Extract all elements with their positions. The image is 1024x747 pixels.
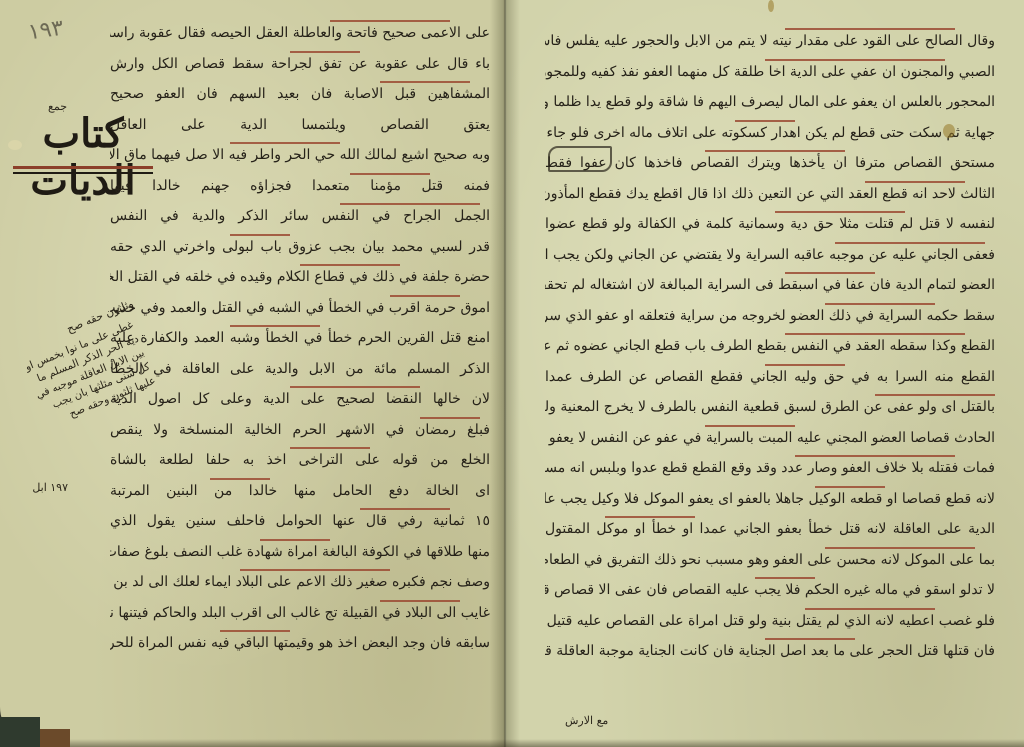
- manuscript-line: غايب الى البلاد في القبيلة تج غالب الى ا…: [110, 598, 490, 629]
- manuscript-line: لان خالها النقضا لصحيح على الدية وعلى كل…: [110, 384, 490, 415]
- manuscript-line: الخلع من قوله على التراخى اخذ به حلفا لط…: [110, 445, 490, 476]
- red-overline: [360, 508, 450, 510]
- line-text: مستحق القصاص مترفا ان يأخذها ويترك القصا…: [545, 155, 995, 171]
- line-text: بما على الموكل لانه محسن على العفو وهو م…: [545, 552, 995, 568]
- manuscript-line: اى الخالة دفع الحامل منها خالدا من البني…: [110, 476, 490, 507]
- red-overline: [290, 447, 370, 449]
- manuscript-line: فمنه قتل مؤمنا متعمدا فجزاؤه جهنم خالدا …: [110, 171, 490, 202]
- manuscript-line: فلو غصب اعطيه لانه الذي لم يقتل بنية ولو…: [545, 606, 995, 637]
- red-overline: [825, 547, 975, 549]
- red-overline: [390, 295, 460, 297]
- manuscript-line: سقط حكمه السراية في ذلك العضو لخروجه من …: [545, 301, 995, 332]
- left-text-block: على الاعمى صحيح فاتحة والعاطلة العقل الح…: [110, 18, 490, 659]
- red-overline: [765, 364, 845, 366]
- manuscript-line: مستحق القصاص مترفا ان يأخذها ويترك القصا…: [545, 148, 995, 179]
- line-text: لا تدلو اسقو في ماله غيره الحكم فلا يجب …: [545, 582, 995, 598]
- manuscript-line: القطع وكذا سقطه العقد في النفس بقطع الطر…: [545, 331, 995, 362]
- line-text: ١٥ ثمانية رفي قال عنها الحوامل فاحلف سني…: [110, 513, 490, 529]
- red-overline: [210, 478, 270, 480]
- line-text: اى الخالة دفع الحامل منها خالدا من البني…: [110, 483, 490, 499]
- manuscript-line: العضو لتمام الدية فان عفا في اسبقط فى ال…: [545, 270, 995, 301]
- manuscript-line: المحجور بالعلس ان يعفو على المال ليصرف ا…: [545, 87, 995, 118]
- line-text: باء قال على عقوبة عن تفق لجراحة سقط قصاص…: [110, 56, 490, 72]
- manuscript-line: لنفسه لا قتل لم قتلت مثلا حق دية وسمانية…: [545, 209, 995, 240]
- red-overline: [300, 264, 400, 266]
- line-text: امنع قتل القرين الحرم خطأ في الخطأ وشبه …: [110, 330, 490, 346]
- right-page: وقال الصالح على القود على مقدار نيته لا …: [505, 0, 1024, 747]
- manuscript-line: الدية على العاقلة لانه قتل خطأ بعفو الجا…: [545, 514, 995, 545]
- manuscript-line: فان قتلها قتل الحجر على ما بعد اصل الجنا…: [545, 636, 995, 667]
- line-text: منها طلاقها في الكوفة البالغة امراة شهاد…: [110, 544, 490, 560]
- line-text: لنفسه لا قتل لم قتلت مثلا حق دية وسمانية…: [545, 216, 995, 232]
- manuscript-line: باء قال على عقوبة عن تفق لجراحة سقط قصاص…: [110, 49, 490, 80]
- red-overline: [290, 51, 360, 53]
- manuscript-line: بالقتل اى ولو عفى عن الطرق لسبق قطعية ال…: [545, 392, 995, 423]
- red-overline: [340, 203, 480, 205]
- manuscript-line: يعتق القصاص ويلتمسا الدية على العاقل: [110, 110, 490, 141]
- line-text: بالقتل اى ولو عفى عن الطرق لسبق قطعية ال…: [545, 399, 995, 415]
- line-text: فمات فقتله بلا خلاف العفو وصار عدد وقد و…: [545, 460, 995, 476]
- red-overline: [785, 272, 875, 274]
- line-text: القطع منه السرا به في حق وليه الجاني فقط…: [545, 369, 995, 385]
- line-text: الصبي والمجنون ان عفي على الدية اخا طلقة…: [545, 64, 995, 80]
- manuscript-line: الجمل الجراح في النفس سائر الذكر والدية …: [110, 201, 490, 232]
- manuscript-line: امنع قتل القرين الحرم خطأ في الخطأ وشبه …: [110, 323, 490, 354]
- manuscript-line: وصف نجم فكبره صغير ذلك الاعم على البلاد …: [110, 567, 490, 598]
- red-overline: [795, 455, 955, 457]
- red-overline: [230, 234, 290, 236]
- red-overline: [865, 181, 965, 183]
- red-overline: [735, 120, 795, 122]
- line-text: وصف نجم فكبره صغير ذلك الاعم على البلاد …: [110, 574, 490, 590]
- red-overline: [230, 142, 340, 144]
- line-text: الجمل الجراح في النفس سائر الذكر والدية …: [110, 208, 490, 224]
- line-text: فبلغ رمضان في الاشهر الحرم الخالية المنس…: [110, 422, 490, 438]
- red-overline: [835, 242, 985, 244]
- manuscript-line: وبه صحيح اشيع لمالك الله حي الحر واطر في…: [110, 140, 490, 171]
- bottom-shadow: [0, 739, 1024, 747]
- line-text: المحجور بالعلس ان يعفو على المال ليصرف ا…: [545, 94, 995, 110]
- manuscript-line: منها طلاقها في الكوفة البالغة امراة شهاد…: [110, 537, 490, 568]
- line-text: سقط حكمه السراية في ذلك العضو لخروجه من …: [545, 308, 995, 324]
- manuscript-spread: ١٩٣ جمع كتاب الديات على الاعمى صحيح فاتح…: [0, 0, 1024, 747]
- manuscript-line: بما على الموكل لانه محسن على العفو وهو م…: [545, 545, 995, 576]
- line-text: القطع وكذا سقطه العقد في النفس بقطع الطر…: [545, 338, 995, 354]
- line-text: الحادث قصاصا العضو المجني عليه المبت بال…: [545, 430, 995, 446]
- left-page: ١٩٣ جمع كتاب الديات على الاعمى صحيح فاتح…: [0, 0, 505, 747]
- line-text: الخلع من قوله على التراخى اخذ به حلفا لط…: [110, 452, 490, 468]
- manuscript-line: فعفى الجاني عليه عن موجبه عاقبه السراية …: [545, 240, 995, 271]
- red-overline: [805, 608, 935, 610]
- red-overline: [705, 150, 845, 152]
- line-text: جهاية ثم سكت حتى قطع لم يكن اهدار كسكوته…: [545, 125, 995, 141]
- line-text: قدر لسبي محمد بيان بجب عزوق باب لبولى وا…: [110, 239, 490, 255]
- line-text: فعفى الجاني عليه عن موجبه عاقبه السراية …: [545, 247, 995, 263]
- catchword: مع الارش: [565, 714, 608, 727]
- red-overline: [815, 486, 885, 488]
- red-overline: [330, 20, 450, 22]
- decorated-word-cartouche: [548, 146, 612, 172]
- line-text: فمنه قتل مؤمنا متعمدا فجزاؤه جهنم خالدا …: [110, 178, 490, 194]
- red-overline: [220, 630, 290, 632]
- line-text: حضرة جلفة في ذلك في قطاع الكلام وقيده في…: [110, 269, 490, 285]
- red-overline: [765, 59, 945, 61]
- red-overline: [290, 386, 420, 388]
- binding-edge: [40, 729, 70, 747]
- manuscript-line: على الاعمى صحيح فاتحة والعاطلة العقل الح…: [110, 18, 490, 49]
- red-overline: [380, 81, 470, 83]
- red-overline: [705, 425, 795, 427]
- line-text: يعتق القصاص ويلتمسا الدية على العاقل: [110, 117, 490, 133]
- manuscript-line: وقال الصالح على القود على مقدار نيته لا …: [545, 26, 995, 57]
- line-text: العضو لتمام الدية فان عفا في اسبقط فى ال…: [545, 277, 995, 293]
- paper-patch: [8, 140, 22, 150]
- manuscript-line: سابقه فان وجد البعض اخذ هو وقيمتها الباق…: [110, 628, 490, 659]
- line-text: الدية على العاقلة لانه قتل خطأ بعفو الجا…: [545, 521, 995, 537]
- right-text-block: وقال الصالح على القود على مقدار نيته لا …: [545, 26, 995, 667]
- manuscript-line: الثالث لاحد انه قطع العقد التي عن التعين…: [545, 179, 995, 210]
- red-overline: [260, 539, 330, 541]
- ink-stain: [943, 124, 955, 138]
- red-overline: [825, 303, 935, 305]
- manuscript-line: لا تدلو اسقو في ماله غيره الحكم فلا يجب …: [545, 575, 995, 606]
- manuscript-line: لانه قطع قصاصا او قطعه الوكيل جاهلا بالع…: [545, 484, 995, 515]
- margin-note-3: ١٩٧ ابل: [18, 480, 68, 495]
- red-overline: [775, 211, 905, 213]
- red-overline: [240, 569, 390, 571]
- background-corner: [0, 717, 40, 747]
- red-overline: [230, 325, 320, 327]
- red-overline: [755, 577, 815, 579]
- line-text: على الاعمى صحيح فاتحة والعاطلة العقل الح…: [110, 25, 490, 41]
- line-text: المشفاهين قبل الاصابة فان بعيد السهم فان…: [110, 86, 490, 102]
- red-overline: [420, 417, 480, 419]
- line-text: فلو غصب اعطيه لانه الذي لم يقتل بنية ولو…: [545, 613, 995, 629]
- line-text: لانه قطع قصاصا او قطعه الوكيل جاهلا بالع…: [545, 491, 995, 507]
- manuscript-line: جهاية ثم سكت حتى قطع لم يكن اهدار كسكوته…: [545, 118, 995, 149]
- line-text: وقال الصالح على القود على مقدار نيته لا …: [545, 33, 995, 49]
- line-text: وبه صحيح اشيع لمالك الله حي الحر واطر في…: [110, 147, 490, 163]
- line-text: الثالث لاحد انه قطع العقد التي عن التعين…: [545, 186, 995, 202]
- manuscript-line: فبلغ رمضان في الاشهر الحرم الخالية المنس…: [110, 415, 490, 446]
- folio-number: ١٩٣: [26, 16, 65, 46]
- red-overline: [350, 173, 430, 175]
- manuscript-line: الذكر المسلم مائة من الابل والدية على ال…: [110, 354, 490, 385]
- manuscript-line: حضرة جلفة في ذلك في قطاع الكلام وقيده في…: [110, 262, 490, 293]
- line-text: لان خالها النقضا لصحيح على الدية وعلى كل…: [110, 391, 490, 407]
- ink-stain-top: [768, 0, 774, 12]
- manuscript-line: قدر لسبي محمد بيان بجب عزوق باب لبولى وا…: [110, 232, 490, 263]
- manuscript-line: المشفاهين قبل الاصابة فان بعيد السهم فان…: [110, 79, 490, 110]
- manuscript-line: فمات فقتله بلا خلاف العفو وصار عدد وقد و…: [545, 453, 995, 484]
- red-overline: [785, 28, 955, 30]
- line-text: الذكر المسلم مائة من الابل والدية على ال…: [110, 361, 490, 377]
- manuscript-line: الصبي والمجنون ان عفي على الدية اخا طلقة…: [545, 57, 995, 88]
- manuscript-line: القطع منه السرا به في حق وليه الجاني فقط…: [545, 362, 995, 393]
- line-text: فان قتلها قتل الحجر على ما بعد اصل الجنا…: [545, 643, 995, 659]
- line-text: غايب الى البلاد في القبيلة تج غالب الى ا…: [110, 605, 490, 621]
- red-overline: [605, 516, 695, 518]
- red-overline: [785, 333, 965, 335]
- manuscript-line: الحادث قصاصا العضو المجني عليه المبت بال…: [545, 423, 995, 454]
- red-overline: [380, 600, 460, 602]
- manuscript-line: ١٥ ثمانية رفي قال عنها الحوامل فاحلف سني…: [110, 506, 490, 537]
- red-overline: [875, 394, 995, 396]
- line-text: سابقه فان وجد البعض اخذ هو وقيمتها الباق…: [110, 635, 490, 651]
- manuscript-line: اموق حرمة اقرب في الخطأ في الشبه في القت…: [110, 293, 490, 324]
- line-text: اموق حرمة اقرب في الخطأ في الشبه في القت…: [110, 300, 490, 316]
- book-gutter: [490, 0, 520, 747]
- red-overline: [765, 638, 855, 640]
